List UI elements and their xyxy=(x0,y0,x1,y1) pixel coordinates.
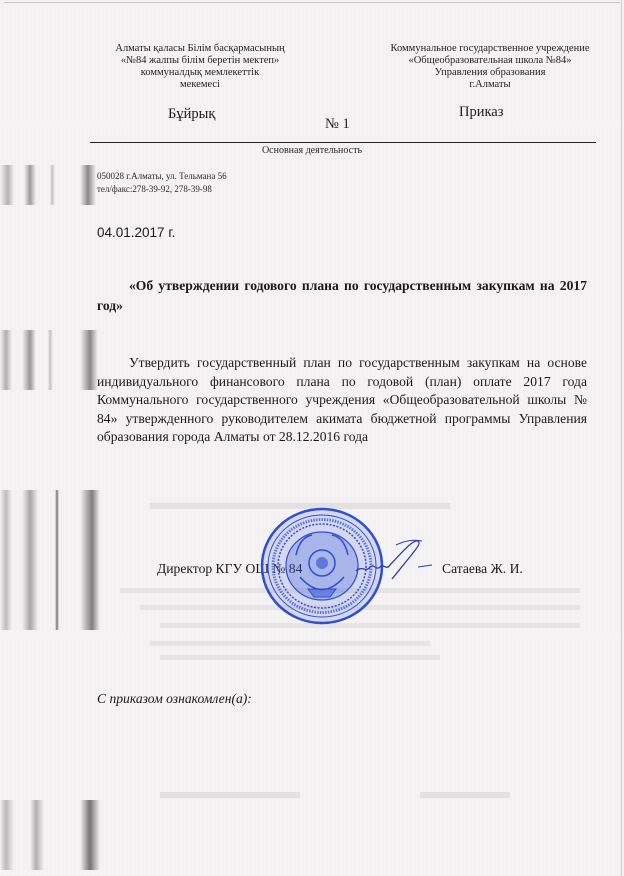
scan-artifact xyxy=(0,165,100,205)
header-ru-line: Управления образования xyxy=(370,67,610,79)
bleed-through xyxy=(150,641,430,646)
scan-artifact xyxy=(0,330,100,390)
scan-artifact xyxy=(0,490,100,630)
bleed-through xyxy=(160,655,440,660)
scan-artifact xyxy=(0,800,100,870)
document-subject: «Об утверждении годового плана по госуда… xyxy=(97,276,587,316)
header-kz-line: «№84 жалпы білім беретін мектеп» xyxy=(95,55,305,67)
header-ru-line: Коммунальное государственное учреждение xyxy=(370,43,610,55)
page-edge-right xyxy=(621,0,622,876)
signatory-name: Сатаева Ж. И. xyxy=(442,561,523,577)
acknowledgement-label: С приказом ознакомлен(а): xyxy=(97,691,252,707)
handwritten-signature-icon xyxy=(352,535,432,585)
header-kz-line: мекемесі xyxy=(95,79,305,91)
order-title-kz: Бұйрық xyxy=(168,106,215,123)
header-kz-line: коммуналдық мемлекеттік xyxy=(95,67,305,79)
document-body: Утвердить государственный план по госуда… xyxy=(97,354,587,447)
activity-type: Основная деятельность xyxy=(0,145,624,156)
address-street: 050028 г.Алматы, ул. Тельмана 56 xyxy=(97,170,227,183)
scanned-page: Алматы қаласы Білім басқармасының «№84 ж… xyxy=(0,0,624,876)
document-date: 04.01.2017 г. xyxy=(97,225,175,240)
header-ru-line: «Общеобразовательная школа №84» xyxy=(370,55,610,67)
bleed-through xyxy=(420,792,510,798)
order-number: № 1 xyxy=(325,116,350,133)
header-kz-line: Алматы қаласы Білім басқармасының xyxy=(95,43,305,55)
order-title-ru: Приказ xyxy=(459,104,503,121)
page-edge-top xyxy=(4,2,620,3)
header-divider xyxy=(90,142,596,143)
address-block: 050028 г.Алматы, ул. Тельмана 56 тел/фак… xyxy=(97,170,227,196)
header-ru-line: г.Алматы xyxy=(370,79,610,91)
header-org-ru: Коммунальное государственное учреждение … xyxy=(370,43,610,91)
address-phone: тел/факс:278-39-92, 278-39-98 xyxy=(97,183,227,196)
header-org-kz: Алматы қаласы Білім басқармасының «№84 ж… xyxy=(95,43,305,91)
bleed-through xyxy=(160,792,300,798)
